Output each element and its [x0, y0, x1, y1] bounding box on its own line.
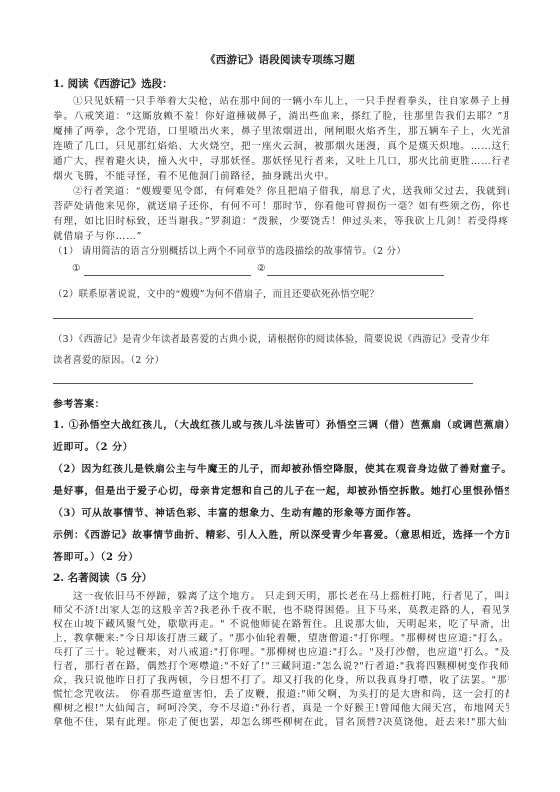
section2-line: 行者，那行者在路，偶然打个寒噤道:"不好了!"三藏问道:"怎么说?"行者道:"我…: [53, 661, 509, 673]
question-3-line: （3）《西游记》是青少年读者最喜爱的古典小说，请根据你的阅读体验，简要说说《西游…: [53, 331, 490, 345]
answer-1-line: 近即可。（2 分）: [53, 439, 509, 453]
answers-heading: 参考答案：: [53, 396, 105, 410]
document-page: 《西游记》语段阅读专项练习题 1. 阅读《西游记》选段： ①只见妖精一只手举着大…: [0, 0, 560, 792]
section2-line: 师父不济!出家人怎的这般辛苦?我老孙千夜不眠，也不晓得困倦。且下马来，莫教走路的…: [53, 605, 509, 617]
section2-line: 拿他不住，果有此理。你走了便也罢，却怎么绑些柳树在此，冒名顶替?决莫饶他，赶去来…: [53, 717, 509, 729]
section2-line: 柳树之根!"大仙闻言，呵呵冷笑，夸不尽道:"孙行者，真是一个好猴王!曾闻他大闹天…: [53, 703, 509, 715]
section2-line: 众，我只说他昨日打了我两顿，今日想不打了。却又打我的化身，所以我真身打噤，收了法…: [53, 675, 509, 687]
blank-label-1: ①: [72, 263, 81, 274]
section1-heading: 1. 阅读《西游记》选段：: [53, 76, 173, 91]
passage1-line: 烟火飞腾，不能寻怪，看不见他洞门前路径，抽身跳出火中。: [53, 171, 509, 183]
blank-label-2: ②: [257, 263, 266, 274]
section2-line: 乓打了三十。轮过鞭来，对八戒道:"打你哩。"那柳树也应道:"打么。"及打沙僧，也…: [53, 647, 509, 659]
example-line: 答即可。）（2 分）: [53, 549, 509, 563]
answer-1-line: 1. ①孙悟空大战红孩儿，（大战红孩儿或与孩儿斗法皆可）孙悟空三调（借）芭蕉扇（…: [53, 417, 509, 431]
question-3-line: 读者喜爱的原因。（2 分）: [53, 352, 164, 366]
section2-line: 慌忙念咒收法。 你看那些道童害怕，丢了皮鞭，报道:"师父啊，为头打的是大唐和尚，…: [53, 689, 509, 701]
passage1-line: 魔捶了两拳，念个咒语，口里喷出火来，鼻子里浓烟迸出，闸闸眼火焰齐生，那五辆车子上…: [53, 126, 509, 138]
answer-blank-1[interactable]: [84, 275, 251, 276]
passage2-line: ②行者笑道：“嫂嫂要见令郎，有何难处？你且把扇子借我，扇息了火，送我师父过去，我…: [53, 186, 509, 198]
answer-3: （3）可从故事情节、神话色彩、丰富的想象力、生动有趣的形象等方面作答。: [53, 505, 509, 519]
answer-2-line: （2）因为红孩儿是铁扇公主与牛魔王的儿子，而却被孙悟空降服，使其在观音身边做了善…: [53, 461, 509, 475]
page-title: 《西游记》语段阅读专项练习题: [0, 52, 560, 67]
example-line: 示例：《西游记》故事情节曲折、精彩、引人入胜，所以深受青少年喜爱。（意思相近，选…: [53, 527, 509, 541]
answer-blank-2[interactable]: [267, 275, 444, 276]
section2-line: 权在山坡下藏风聚气处，歇歇再走。" 不说他师徒在路暂住。且说那大仙，天明起来，吃…: [53, 619, 509, 631]
answer-2-line: 是好事，但是出于爱子心切，母亲肯定想和自己的儿子在一起，却被孙悟空拆散。她打心里…: [53, 483, 509, 497]
passage1-line: 连喷了几口，只见那红焰焰、大火烧空，把一座火云洞，被那烟火迷漫，真个是熯天炽地。…: [53, 141, 509, 153]
section2-heading: 2. 名著阅读（5 分）: [53, 570, 152, 585]
answer-blank-q2[interactable]: [53, 318, 473, 319]
passage1-line: ①只见妖精一只手举着大尖枪，站在那中间的一辆小车儿上，一只手捏着拳头，往自家鼻子…: [53, 96, 509, 108]
section2-line: 这一夜依旧马不停蹄，躲离了这个地方。 只走到天明，那长老在马上摇桩打盹，行者见了…: [53, 591, 509, 603]
section2-line: 上，教拿鞭来:"今日却该打唐三藏了。"那小仙轮着鞭，望唐僧道:"打你哩。"那柳树…: [53, 633, 509, 645]
passage2-line: 有理，如比旧时标致，还当谢我。”罗刹道：“泼猴，少要饶舌！伸过头来，等我砍上几剑…: [53, 216, 509, 228]
passage2-line: 菩萨处请他来见你，就送扇子还你，有何不可！那时节，你看他可曾损伤一毫？如有些须之…: [53, 201, 509, 213]
question-1: （1） 请用简洁的语言分别概括以上两个不同章节的选段描绘的故事情节。（2 分）: [53, 243, 406, 257]
passage2-line: 就借扇子与你……”: [53, 231, 509, 243]
passage1-line: 通广大，捏着避火诀，撞入火中，寻那妖怪。那妖怪见行者来，又吐上几口，那火比前更胜…: [53, 156, 509, 168]
answer-blank-q3[interactable]: [53, 383, 473, 384]
passage1-line: 拳。八戒笑道：“这厮放赖不羞！你好道捶破鼻子，淌出些血来，搽红了脸，往那里告我们…: [53, 111, 509, 123]
question-2: （2）联系原著说说，文中的“嫂嫂”为何不借扇子，而且还要砍死孙悟空呢？: [53, 286, 379, 300]
